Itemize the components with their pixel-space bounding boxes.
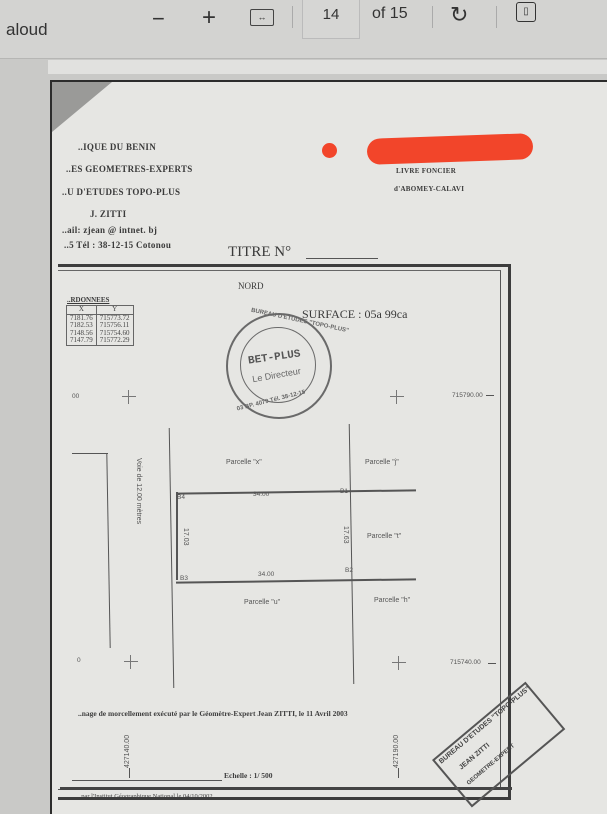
parcel-label: Parcelle "j" [365,459,399,466]
parcel-boundary-left [176,492,178,580]
titre-blank-line [306,258,378,259]
header-line-5: ..ail: zjean @ intnet. bj [62,225,157,235]
header-line-6: ..5 Tél : 38-12-15 Cotonou [64,240,171,250]
point-label: B2 [345,567,353,574]
toolbar-divider [432,6,433,28]
survey-note: ..nage de morcellement exécuté par le Gé… [78,709,348,718]
point-label: B1 [340,488,348,495]
toolbar-divider [496,6,497,28]
coordinates-title: ..RDONNEES [67,296,109,304]
grid-cross [390,390,404,404]
rotate-button[interactable]: ↻ [450,2,468,28]
header-line-3: ..U D'ETUDES TOPO-PLUS [62,187,180,197]
fit-width-icon: ↔ [258,12,267,22]
parcel-label: Parcelle "h" [374,597,410,604]
toolbar-divider [292,6,293,28]
dimension-top: 34.00 [253,491,269,498]
page-total-label: of 15 [372,5,408,23]
grid-label-y-bottom: 715740.00 [450,659,481,666]
point-label: B3 [180,575,188,582]
point-label: B4 [177,494,185,501]
grid-label-y-top: 715790.00 [452,392,483,399]
tick [488,663,496,664]
grid-mark-left-bottom: 0 [77,657,81,664]
titre-label: TITRE N° [228,244,291,261]
tick [398,768,399,778]
coord-y: 715772.29 [96,337,133,345]
scale-label: Echelle : 1/ 500 [224,771,273,780]
grid-label-x-left: 427140.00 [124,735,131,768]
table-row: 7147.79715772.29 [67,337,134,345]
grid-cross [124,655,138,669]
tick [486,395,494,396]
rotate-icon: ↻ [450,2,468,27]
parcel-label: Parcelle "t" [367,533,401,540]
livre-foncier: LIVRE FONCIER [396,167,456,175]
header-line-4: J. ZITTI [90,209,126,219]
dimension-left: 17.03 [182,528,189,546]
coord-header-x: X [67,306,97,315]
grid-cross [392,656,406,670]
coord-x: 7147.79 [67,337,97,345]
grid-cross [122,390,136,404]
grid-label-x-right: 427190.00 [393,735,400,768]
coord-header-y: Y [96,306,133,315]
road-label: Voie de 12.00 mètres [135,458,142,524]
dimension-right: 17.63 [342,526,349,544]
coordinates-table: X Y 7181.76715773.72 7182.53715756.11 71… [66,305,134,346]
redaction-dot [322,143,337,158]
round-stamp [226,313,332,419]
parcel-label: Parcelle "x" [226,459,262,466]
tick [129,768,130,778]
page-number-input[interactable]: 14 [302,0,360,39]
zoom-in-button[interactable]: + [202,4,216,32]
zoom-out-button[interactable]: − [152,6,165,32]
minus-icon: − [152,6,165,31]
read-aloud-button[interactable]: aloud [6,20,48,40]
header-line-2: ..ES GEOMETRES-EXPERTS [66,164,193,174]
surface-label: SURFACE : 05a 99ca [302,307,407,322]
header-line-1: ..IQUE DU BENIN [78,142,156,152]
previous-page-edge [48,60,607,74]
plan-bottom-rule [60,787,512,790]
grid-mark-left-top: 00 [72,393,79,400]
north-label: NORD [238,281,264,291]
page-view-button[interactable]: ▯ [516,2,536,22]
fit-width-button[interactable]: ↔ [250,9,274,26]
livre-foncier-city: d'ABOMEY-CALAVI [394,185,464,193]
parcel-label: Parcelle "u" [244,599,280,606]
plus-icon: + [202,4,216,31]
pdf-toolbar: aloud − + ↔ 14 of 15 ↻ ▯ [0,0,607,59]
dimension-bottom: 34.00 [258,571,274,578]
page-fold-shadow [52,82,112,132]
page-view-icon: ▯ [523,6,529,17]
scale-rule [72,780,222,781]
ign-note: ..par l'Institut Géographique National l… [78,793,213,800]
road-edge-top [72,453,108,454]
